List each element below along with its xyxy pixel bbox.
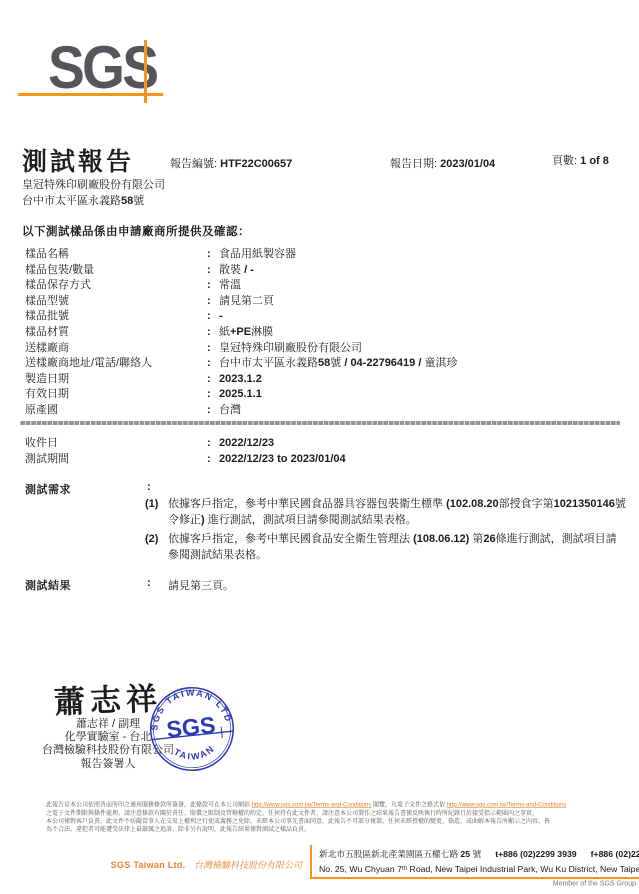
field-label: 收件日 — [25, 436, 207, 452]
colon: : — [207, 436, 219, 452]
table-row: 送樣廠商:皇冠特殊印刷廠股份有限公司 — [25, 341, 631, 357]
colon: : — [207, 341, 219, 357]
list-item: (1) 依據客戶指定，參考中華民國食品器具容器包裝衛生標準 (102.08.20… — [145, 497, 631, 528]
footer-address-zh-line: 新北市五股區新北產業園區五權七路 25 號t+886 (02)2299 3939… — [319, 847, 639, 862]
colon: : — [207, 263, 219, 279]
svg-text:TAIWAN: TAIWAN — [171, 742, 217, 763]
colon: : — [207, 247, 219, 263]
footer-address-en: No. 25, Wu Chyuan 7ᵗʰ Road, New Taipei I… — [319, 862, 639, 877]
disclaimer-text: 閱覽，凡電子文件之格式依 — [373, 802, 445, 809]
terms-link[interactable]: http://www.sgs.com.tw/Terms-and-Conditio… — [447, 802, 567, 809]
field-value: 2022/12/23 to 2023/01/04 — [219, 452, 631, 468]
receipt-dates-table: 收件日:2022/12/23 測試期間:2022/12/23 to 2023/0… — [25, 436, 631, 467]
applicant-company-name: 皇冠特殊印刷廠股份有限公司 — [22, 176, 165, 192]
table-row: 樣品批號:- — [25, 309, 631, 325]
table-row: 測試期間:2022/12/23 to 2023/01/04 — [25, 452, 631, 468]
test-request-items: (1) 依據客戶指定，參考中華民國食品器具容器包裝衛生標準 (102.08.20… — [145, 497, 631, 567]
field-value: 常溫 — [219, 278, 631, 294]
field-label: 送樣廠商 — [25, 341, 207, 357]
sample-declaration-text: 以下測試樣品係由申請廠商所提供及確認： — [22, 223, 250, 239]
colon: : — [207, 356, 219, 372]
disclaimer-line: 之電子文件期限與條件處理。請注意條款有關於責任、賠償之限制及管轄權的約定。任何持… — [46, 809, 637, 817]
report-page: SGS 測試報告 報告編號: HTF22C00657 報告日期: 2023/01… — [0, 0, 639, 894]
stamp-center-text: SGS — [165, 712, 216, 743]
sgs-logo: SGS — [48, 38, 156, 98]
field-value: - — [219, 309, 631, 325]
footer-accent-line — [310, 877, 639, 879]
table-row: 原產國:台灣 — [25, 403, 631, 419]
field-label: 樣品型號 — [25, 294, 207, 310]
table-row: 樣品名稱:食品用紙製容器 — [25, 247, 631, 263]
colon: : — [147, 481, 151, 493]
stamp-arc-bottom-text: TAIWAN — [171, 742, 217, 763]
field-value: 紙+PE淋膜 — [219, 325, 631, 341]
field-label: 測試期間 — [25, 452, 207, 468]
disclaimer-line: 本公司僅對客戶負責，此文件不妨礙當事人在交易上權利之行使或義務之免除。未經本公司… — [46, 818, 637, 826]
field-label: 樣品批號 — [25, 309, 207, 325]
table-row: 有效日期:2025.1.1 — [25, 387, 631, 403]
field-label: 送樣廠商地址/電話/聯絡人 — [25, 356, 207, 372]
report-date: 報告日期: 2023/01/04 — [390, 155, 495, 171]
colon: : — [207, 387, 219, 403]
table-row: 送樣廠商地址/電話/聯絡人:台中市太平區永義路58號 / 04-22796419… — [25, 356, 631, 372]
field-label: 樣品包裝/數量 — [25, 263, 207, 279]
colon: : — [207, 309, 219, 325]
item-text: 依據客戶指定，參考中華民國食品安全衛生管理法 (108.06.12) 第26條進… — [168, 532, 626, 563]
field-value: 2023.1.2 — [219, 372, 631, 388]
member-of-sgs-group: Member of the SGS Group — [496, 880, 636, 888]
colon: : — [207, 403, 219, 419]
field-value: 散裝 / - — [219, 263, 631, 279]
footer-address-block: 新北市五股區新北產業園區五權七路 25 號t+886 (02)2299 3939… — [319, 847, 639, 876]
page-count-value: 1 of 8 — [580, 155, 609, 167]
field-value: 2025.1.1 — [219, 387, 631, 403]
item-text: 依據客戶指定，參考中華民國食品器具容器包裝衛生標準 (102.08.20部授食字… — [168, 497, 626, 528]
report-date-label: 報告日期: — [390, 158, 437, 170]
field-value: 2022/12/23 — [219, 436, 631, 452]
field-label: 樣品名稱 — [25, 247, 207, 263]
field-value: 食品用紙製容器 — [219, 247, 631, 263]
disclaimer-text: 此報告是本公司依照背面所印之通用服務條款所簽發，此條款可在本公司網站 — [46, 802, 250, 809]
colon: : — [207, 325, 219, 341]
colon: : — [207, 278, 219, 294]
page-count: 頁數: 1 of 8 — [552, 152, 609, 168]
applicant-company-address: 台中市太平區永義路58號 — [22, 192, 144, 208]
table-row: 製造日期:2023.1.2 — [25, 372, 631, 388]
disclaimer-line: 為不合法，違犯者可能遭受法律上最嚴厲之追訴。除非另有說明，此報告結果僅對測試之樣… — [46, 826, 637, 834]
field-value: 請見第二頁 — [219, 294, 631, 310]
logo-accent-horizontal-line — [18, 93, 163, 96]
footer-company: SGS Taiwan Ltd. 台灣檢驗科技股份有限公司 — [0, 858, 302, 871]
report-date-value: 2023/01/04 — [440, 158, 495, 170]
colon: : — [207, 294, 219, 310]
report-number: 報告編號: HTF22C00657 — [170, 155, 292, 171]
footer-divider-line — [310, 845, 312, 878]
table-row: 樣品材質:紙+PE淋膜 — [25, 325, 631, 341]
page-count-label: 頁數: — [552, 155, 577, 167]
test-request-label: 測試需求 — [25, 481, 71, 497]
colon: : — [207, 452, 219, 468]
sample-info-table: 樣品名稱:食品用紙製容器 樣品包裝/數量:散裝 / - 樣品保存方式:常溫 樣品… — [25, 247, 631, 419]
footer-tel: t+886 (02)2299 3939 — [495, 849, 576, 859]
report-number-value: HTF22C00657 — [220, 158, 292, 170]
field-label: 樣品保存方式 — [25, 278, 207, 294]
table-row: 收件日:2022/12/23 — [25, 436, 631, 452]
field-label: 製造日期 — [25, 372, 207, 388]
item-number: (2) — [145, 532, 168, 563]
footer-fax: f+886 (02)2299 3237 — [591, 849, 639, 859]
test-result-value: 請見第三頁。 — [168, 577, 234, 593]
report-number-label: 報告編號: — [170, 158, 217, 170]
field-value: 皇冠特殊印刷廠股份有限公司 — [219, 341, 631, 357]
colon: : — [147, 577, 151, 589]
section-separator: ========================================… — [20, 419, 620, 430]
field-label: 樣品材質 — [25, 325, 207, 341]
item-number: (1) — [145, 497, 168, 528]
colon: : — [207, 372, 219, 388]
disclaimer-line: 此報告是本公司依照背面所印之通用服務條款所簽發，此條款可在本公司網站 http:… — [46, 801, 637, 809]
field-value: 台中市太平區永義路58號 / 04-22796419 / 童淇珍 — [219, 356, 631, 372]
table-row: 樣品保存方式:常溫 — [25, 278, 631, 294]
field-label: 有效日期 — [25, 387, 207, 403]
terms-link[interactable]: http://www.sgs.com.tw/Terms-and-Conditio… — [252, 802, 372, 809]
footer-address-zh: 新北市五股區新北產業園區五權七路 25 號 — [319, 849, 481, 859]
disclaimer-fine-print: 此報告是本公司依照背面所印之通用服務條款所簽發，此條款可在本公司網站 http:… — [46, 801, 637, 834]
footer-company-en: SGS Taiwan Ltd. — [111, 860, 186, 870]
list-item: (2) 依據客戶指定，參考中華民國食品安全衛生管理法 (108.06.12) 第… — [145, 532, 631, 563]
footer-company-zh: 台灣檢驗科技股份有限公司 — [194, 860, 302, 870]
field-value: 台灣 — [219, 403, 631, 419]
page-title: 測試報告 — [22, 142, 134, 178]
table-row: 樣品包裝/數量:散裝 / - — [25, 263, 631, 279]
table-row: 樣品型號:請見第二頁 — [25, 294, 631, 310]
sgs-taiwan-stamp-icon: SGS TAIWAN LTD TAIWAN SGS — [145, 682, 240, 777]
test-result-label: 測試結果 — [25, 577, 71, 593]
field-label: 原產國 — [25, 403, 207, 419]
